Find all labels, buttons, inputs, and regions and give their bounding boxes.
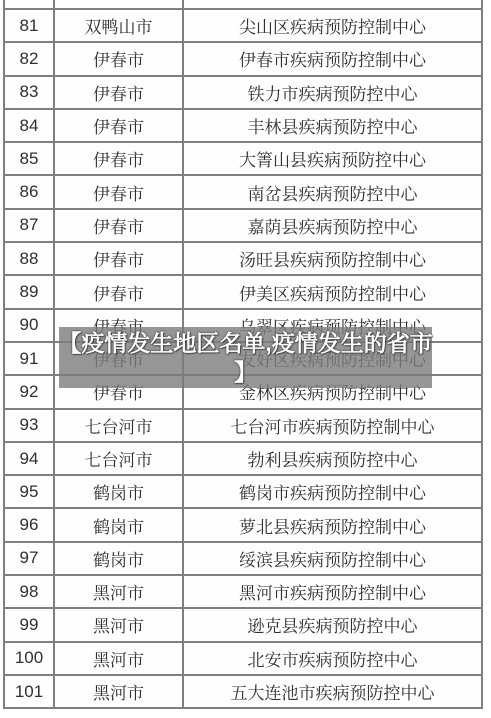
row-index-cell: 87 <box>4 209 54 242</box>
row-index-cell: 85 <box>4 142 54 175</box>
table-row: 93七台河市七台河市疾病预防控制中心 <box>4 409 482 442</box>
row-index-cell: 91 <box>4 342 54 375</box>
row-index-cell: 89 <box>4 275 54 308</box>
table-row: 98黑河市黑河市疾病预防控制中心 <box>4 575 482 608</box>
row-city-cell: 伊春市 <box>54 242 183 275</box>
table-row: 100黑河市北安市疾病预防控中心 <box>4 642 482 675</box>
table-row: 94七台河市勃利县疾病预防控中心 <box>4 442 482 475</box>
row-center-cell <box>183 0 482 9</box>
row-index-cell <box>4 0 54 9</box>
table-row: 85伊春市大箐山县疾病预防控中心 <box>4 142 482 175</box>
row-index-cell: 81 <box>4 9 54 42</box>
table-row: 83伊春市铁力市疾病预防控中心 <box>4 76 482 109</box>
watermark-overlay: 【疫情发生地区名单,疫情发生的省市 】 <box>59 327 432 388</box>
row-center-cell: 南岔县疾病预防控中心 <box>183 175 482 208</box>
row-index-cell: 97 <box>4 542 54 575</box>
row-index-cell: 99 <box>4 608 54 641</box>
row-index-cell: 88 <box>4 242 54 275</box>
row-index-cell: 92 <box>4 375 54 408</box>
row-city-cell: 黑河市 <box>54 575 183 608</box>
row-center-cell: 逊克县疾病预防控中心 <box>183 608 482 641</box>
row-index-cell: 98 <box>4 575 54 608</box>
row-center-cell: 汤旺县疾病预防控制中心 <box>183 242 482 275</box>
table-row: 87伊春市嘉荫县疾病预防控中心 <box>4 209 482 242</box>
row-city-cell: 鹤岗市 <box>54 508 183 541</box>
table-row: 97鹤岗市绥滨县疾病预防控制中心 <box>4 542 482 575</box>
row-city-cell: 七台河市 <box>54 409 183 442</box>
row-center-cell: 萝北县疾病预防控制中心 <box>183 508 482 541</box>
row-city-cell: 伊春市 <box>54 175 183 208</box>
row-city-cell: 伊春市 <box>54 76 183 109</box>
row-city-cell: 七台河市 <box>54 442 183 475</box>
table-row: 95鹤岗市鹤岗市疾病预防控制中心 <box>4 475 482 508</box>
table-row: 82伊春市伊春市疾病预防控制中心 <box>4 42 482 75</box>
row-city-cell: 伊春市 <box>54 42 183 75</box>
row-city-cell: 鹤岗市 <box>54 475 183 508</box>
table-row: 86伊春市南岔县疾病预防控中心 <box>4 175 482 208</box>
row-center-cell: 鹤岗市疾病预防控制中心 <box>183 475 482 508</box>
row-center-cell: 五大连池市疾病预防控中心 <box>183 675 482 708</box>
row-center-cell: 嘉荫县疾病预防控中心 <box>183 209 482 242</box>
row-center-cell: 铁力市疾病预防控中心 <box>183 76 482 109</box>
row-center-cell: 黑河市疾病预防控制中心 <box>183 575 482 608</box>
row-index-cell: 83 <box>4 76 54 109</box>
watermark-title-line1: 【疫情发生地区名单,疫情发生的省市 <box>58 329 432 358</box>
row-center-cell: 尖山区疾病预防控制中心 <box>183 9 482 42</box>
table-row: 89伊春市伊美区疾病预防控制中心 <box>4 275 482 308</box>
row-center-cell: 绥滨县疾病预防控制中心 <box>183 542 482 575</box>
row-city-cell <box>54 0 183 9</box>
row-city-cell: 伊春市 <box>54 109 183 142</box>
row-index-cell: 82 <box>4 42 54 75</box>
row-city-cell: 黑河市 <box>54 608 183 641</box>
table-row: 81双鸭山市尖山区疾病预防控制中心 <box>4 9 482 42</box>
row-index-cell: 95 <box>4 475 54 508</box>
row-index-cell: 94 <box>4 442 54 475</box>
row-index-cell: 86 <box>4 175 54 208</box>
partial-previous-row <box>4 0 482 9</box>
table-row: 101黑河市五大连池市疾病预防控中心 <box>4 675 482 708</box>
table-row: 84伊春市丰林县疾病预防控中心 <box>4 109 482 142</box>
row-city-cell: 双鸭山市 <box>54 9 183 42</box>
row-center-cell: 伊春市疾病预防控制中心 <box>183 42 482 75</box>
row-index-cell: 93 <box>4 409 54 442</box>
row-city-cell: 鹤岗市 <box>54 542 183 575</box>
row-center-cell: 伊美区疾病预防控制中心 <box>183 275 482 308</box>
row-center-cell: 七台河市疾病预防控制中心 <box>183 409 482 442</box>
row-city-cell: 伊春市 <box>54 209 183 242</box>
row-center-cell: 大箐山县疾病预防控中心 <box>183 142 482 175</box>
table-row: 99黑河市逊克县疾病预防控中心 <box>4 608 482 641</box>
row-index-cell: 84 <box>4 109 54 142</box>
row-center-cell: 勃利县疾病预防控中心 <box>183 442 482 475</box>
row-center-cell: 丰林县疾病预防控中心 <box>183 109 482 142</box>
table-row: 96鹤岗市萝北县疾病预防控制中心 <box>4 508 482 541</box>
row-city-cell: 黑河市 <box>54 642 183 675</box>
row-city-cell: 伊春市 <box>54 142 183 175</box>
row-center-cell: 北安市疾病预防控中心 <box>183 642 482 675</box>
table-row: 88伊春市汤旺县疾病预防控制中心 <box>4 242 482 275</box>
row-index-cell: 100 <box>4 642 54 675</box>
row-city-cell: 伊春市 <box>54 275 183 308</box>
row-index-cell: 101 <box>4 675 54 708</box>
row-index-cell: 90 <box>4 309 54 342</box>
page: 81双鸭山市尖山区疾病预防控制中心82伊春市伊春市疾病预防控制中心83伊春市铁力… <box>0 0 491 718</box>
row-index-cell: 96 <box>4 508 54 541</box>
row-city-cell: 黑河市 <box>54 675 183 708</box>
watermark-title-line2: 】 <box>234 358 257 387</box>
